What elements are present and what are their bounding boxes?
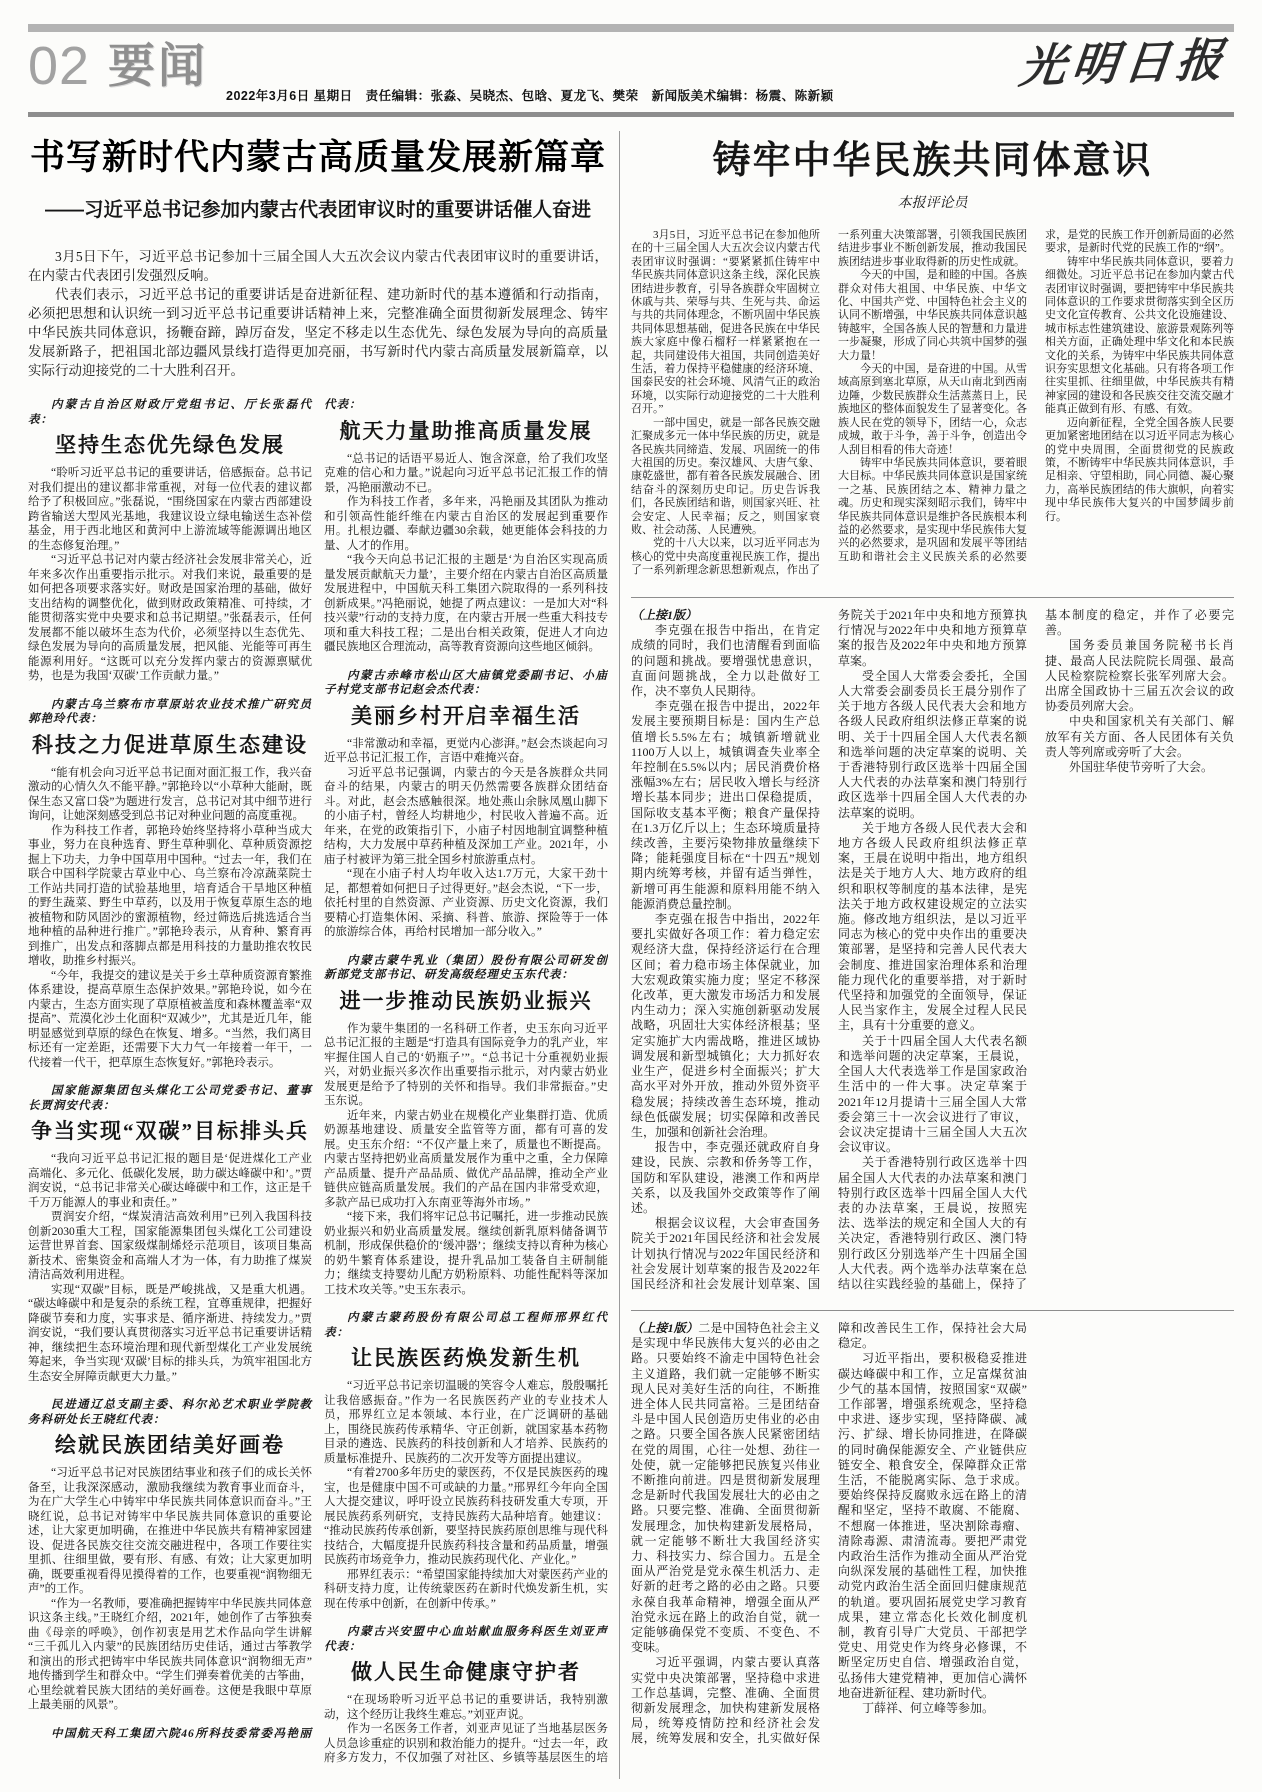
- jump-first-paragraph: （上接1版）二是中国特色社会主义是实现中华民族伟大复兴的必由之路。只要始终不渝走…: [631, 1321, 820, 1655]
- article-headline: 美丽乡村开启幸福生活: [324, 703, 608, 729]
- paragraph: 一部中国史，就是一部各民族交融汇聚成多元一体中华民族的历史，就是各民族共同缔造、…: [631, 417, 820, 538]
- article-body: “习近平总书记亲切温暖的笑容令人难忘，殷殷嘱托让我倍感振奋。”作为一名民族医药产…: [324, 1379, 608, 1611]
- paragraph: 关于十四届全国人大代表名额和选举问题的决定草案，王晨说，全国人大代表选举工作是国…: [838, 1034, 1027, 1156]
- paragraph: 近年来，内蒙古奶业在规模化产业集群打造、优质奶源基地建设、质量安全监管等方面，都…: [324, 1109, 608, 1211]
- article-dairy-industry: 内蒙古蒙牛乳业（集团）股份有限公司研发创新部党支部书记、研发高级经理史玉东代表：…: [324, 954, 608, 1298]
- paragraph: “聆听习近平总书记的重要讲话，倍感振奋。总书记对我们提出的建议都非常重视，对每一…: [28, 466, 312, 553]
- paragraph: 邢界红表示：“希望国家能持续加大对蒙医药产业的科研支持力度，让传统蒙医药在新时代…: [324, 1568, 608, 1612]
- article-dual-carbon: 国家能源集团包头煤化工公司党委书记、董事长贾润安代表： 争当实现“双碳”目标排头…: [28, 1084, 312, 1384]
- paragraph: “有着2700多年历史的蒙医药，不仅是民族医药的瑰宝，也是健康中国不可或缺的力量…: [324, 1466, 608, 1568]
- paragraph: “在现场聆听习近平总书记的重要讲话，我特别激动，这个经历让我终生难忘。”刘亚声说…: [324, 1693, 608, 1722]
- header-row: 02 要闻 2022年3月6日 星期日 责任编辑：张淼、吴晓杰、包晗、夏龙飞、樊…: [28, 32, 1234, 108]
- commentary-byline: 本报评论员: [631, 195, 1234, 213]
- jump-first-text: 二是中国特色社会主义是实现中华民族伟大复兴的必由之路。只要始终不渝走中国特色社会…: [631, 1321, 820, 1654]
- article-kicker: 民进通辽总支副主委、科尔沁艺术职业学院教务科研处长王晓红代表：: [28, 1398, 312, 1427]
- article-headline: 航天力量助推高质量发展: [324, 418, 608, 444]
- paragraph: 习近平指出，要积极稳妥推进碳达峰碳中和工作，立足富煤贫油少气的基本国情，按照国家…: [838, 1351, 1027, 1701]
- lead-story-headline: 书写新时代内蒙古高质量发展新篇章: [28, 135, 608, 181]
- article-kicker: 内蒙古兴安盟中心血站献血服务科医生刘亚声代表：: [324, 1625, 608, 1654]
- jump-article-npc-session: （上接1版） 李克强在报告中指出，在肯定成绩的同时，我们也清醒看到面临的问题和挑…: [631, 608, 1234, 1300]
- jump-article-body: 李克强在报告中指出，在肯定成绩的同时，我们也清醒看到面临的问题和挑战。要增强忧患…: [631, 608, 1234, 1300]
- paragraph: 报告中，李克强还就政府自身建设，民族、宗教和侨务等工作，国防和军队建设，港澳工作…: [631, 1140, 820, 1216]
- top-bar: [28, 24, 1234, 32]
- commentary-headline: 铸牢中华民族共同体意识: [631, 137, 1234, 185]
- paragraph: 国务委员兼国务院秘书长肖捷、最高人民法院院长周强、最高人民检察院检察长张军列席大…: [1045, 638, 1234, 714]
- paragraph: 外国驻华使节旁听了大会。: [1045, 760, 1234, 775]
- paragraph: 李克强在报告中指出，2022年要扎实做好各项工作：着力稳定宏观经济大盘，保持经济…: [631, 912, 820, 1140]
- paragraph: 丁薛祥、何立峰等参加。: [838, 1701, 1027, 1716]
- article-body: “总书记的话语平易近人、饱含深意，给了我们攻坚克难的信心和力量。”说起向习近平总…: [324, 452, 608, 655]
- article-headline: 科技之力促进草原生态建设: [28, 732, 312, 758]
- article-body: “我向习近平总书记汇报的题目是‘促进煤化工产业高端化、多元化、低碳化发展，助力碳…: [28, 1152, 312, 1384]
- page-header: 02 要闻 2022年3月6日 星期日 责任编辑：张淼、吴晓杰、包晗、夏龙飞、樊…: [0, 24, 1262, 117]
- paragraph: 作为科技工作者，多年来，冯艳丽及其团队为推动和引领高性能纤维在内蒙古自治区的发展…: [324, 495, 608, 553]
- paragraph: 习近平总书记强调，内蒙古的今天是各族群众共同奋斗的结果，内蒙古的明天仍然需要各族…: [324, 766, 608, 868]
- lead-story-subhead: ——习近平总书记参加内蒙古代表团审议时的重要讲话催人奋进: [28, 197, 608, 223]
- article-headline: 做人民生命健康守护者: [324, 1659, 608, 1685]
- page-number: 02: [28, 38, 90, 94]
- paragraph: 迈向新征程，全党全国各族人民要更加紧密地团结在以习近平同志为核心的党中央周围，全…: [1045, 417, 1234, 524]
- paragraph: 贾润安介绍，“煤炭清洁高效利用”已列入我国科技创新2030重大工程，国家能源集团…: [28, 1210, 312, 1283]
- vertical-divider: [619, 131, 620, 1779]
- paragraph: “今年，我提交的建议是关于乡土草种质资源育繁推体系建设，提高草原生态保护效果。”…: [28, 969, 312, 1071]
- article-body: 作为蒙牛集团的一名科研工作者，史玉东向习近平总书记汇报的主题是“打造具有国际竞争…: [324, 1022, 608, 1298]
- paragraph: 铸牢中华民族共同体意识，要着力细微处。习近平总书记在参加内蒙古代表团审议时强调，…: [1045, 256, 1234, 417]
- paragraph: 受全国人大常委会委托，全国人大常委会副委员长王晨分别作了关于地方各级人民代表大会…: [838, 669, 1027, 821]
- article-ethnic-medicine: 内蒙古蒙药股份有限公司总工程师邢界红代表： 让民族医药焕发新生机 “习近平总书记…: [324, 1311, 608, 1611]
- paragraph: “习近平总书记亲切温暖的笑容令人难忘，殷殷嘱托让我倍感振奋。”作为一名民族医药产…: [324, 1379, 608, 1466]
- article-kicker: 国家能源集团包头煤化工公司党委书记、董事长贾润安代表：: [28, 1084, 312, 1113]
- horizontal-rule: [631, 597, 1234, 598]
- commentary-article: 铸牢中华民族共同体意识 本报评论员 3月5日，习近平总书记在参加他所在的十三届全…: [631, 137, 1234, 587]
- section-title: 要闻: [108, 40, 208, 92]
- paragraph: “我向习近平总书记汇报的题目是‘促进煤化工产业高端化、多元化、低碳化发展，助力碳…: [28, 1152, 312, 1210]
- article-headline: 争当实现“双碳”目标排头兵: [28, 1118, 312, 1144]
- paragraph: “我今天向总书记汇报的主题是‘为自治区实现高质量发展贡献航天力量’，主要介绍在内…: [324, 553, 608, 655]
- right-section: 铸牢中华民族共同体意识 本报评论员 3月5日，习近平总书记在参加他所在的十三届全…: [631, 127, 1234, 1789]
- article-body: “能有机会向习近平总书记面对面汇报工作，我兴奋激动的心情久久不能平静。”郭艳玲以…: [28, 766, 312, 1071]
- paragraph: “作为一名教师，要准确把握铸牢中华民族共同体意识这条主线。”王晓红介绍，2021…: [28, 1597, 312, 1713]
- article-kicker: 内蒙古乌兰察布市草原站农业技术推广研究员郭艳玲代表：: [28, 698, 312, 727]
- article-headline: 绘就民族团结美好画卷: [28, 1432, 312, 1458]
- paragraph: “习近平总书记对民族团结事业和孩子们的成长关怀备至，让我深深感动，激励我继续为教…: [28, 1466, 312, 1597]
- article-kicker: 内蒙古蒙牛乳业（集团）股份有限公司研发创新部党支部书记、研发高级经理史玉东代表：: [324, 954, 608, 983]
- paragraph: 今天的中国，是和睦的中国。各族群众对伟大祖国、中华民族、中华文化、中国共产党、中…: [838, 269, 1027, 363]
- newspaper-page: { "page": { "number": "02", "section": "…: [0, 0, 1262, 1792]
- paragraph: 今天的中国，是奋进的中国。从雪域高原到塞北草原，从天山南北到西南边陲，少数民族群…: [838, 363, 1027, 457]
- article-body: “习近平总书记对民族团结事业和孩子们的成长关怀备至，让我深深感动，激励我继续为教…: [28, 1466, 312, 1713]
- paragraph: “习近平总书记对内蒙古经济社会发展非常关心，近年来多次作出重要指示批示。对我们来…: [28, 553, 312, 684]
- paragraph: “能有机会向习近平总书记面对面汇报工作，我兴奋激动的心情久久不能平静。”郭艳玲以…: [28, 766, 312, 824]
- paragraph: 李克强在报告中提出，2022年发展主要预期目标是：国内生产总值增长5.5%左右；…: [631, 699, 820, 912]
- paragraph: “非常激动和幸福，更觉内心澎湃。”赵会杰谈起向习近平总书记汇报工作，言语中难掩兴…: [324, 737, 608, 766]
- lead-story-section: 书写新时代内蒙古高质量发展新篇章 ——习近平总书记参加内蒙古代表团审议时的重要讲…: [28, 127, 608, 1789]
- article-body: “非常激动和幸福，更觉内心澎湃。”赵会杰谈起向习近平总书记汇报工作，言语中难掩兴…: [324, 737, 608, 940]
- article-kicker: 内蒙古赤峰市松山区大庙镇党委副书记、小庙子村党支部书记赵会杰代表：: [324, 669, 608, 698]
- jump-article-deliberation: （上接1版）二是中国特色社会主义是实现中华民族伟大复兴的必由之路。只要始终不渝走…: [631, 1321, 1234, 1773]
- paragraph: 作为蒙牛集团的一名科研工作者，史玉东向习近平总书记汇报的主题是“打造具有国际竞争…: [324, 1022, 608, 1109]
- paragraph: “接下来，我们将牢记总书记嘱托，进一步推动民族奶业振兴和奶业高质量发展。继续创新…: [324, 1210, 608, 1297]
- article-body: “聆听习近平总书记的重要讲话，倍感振奋。总书记对我们提出的建议都非常重视，对每一…: [28, 466, 312, 684]
- masthead-logo: 光明日报: [1016, 30, 1231, 97]
- article-kicker: 内蒙古自治区财政厅党组书记、厅长张磊代表：: [28, 398, 312, 427]
- article-kicker: 内蒙古蒙药股份有限公司总工程师邢界红代表：: [324, 1311, 608, 1340]
- paragraph: “总书记的话语平易近人、饱含深意，给了我们攻坚克难的信心和力量。”说起向习近平总…: [324, 452, 608, 496]
- paragraph: 李克强在报告中指出，在肯定成绩的同时，我们也清醒看到面临的问题和挑战。要增强忧患…: [631, 623, 820, 699]
- paragraph: 实现“双碳”目标，既是严峻挑战，又是重大机遇。“碳达峰碳中和是复杂的系统工程，宜…: [28, 1283, 312, 1385]
- paragraph: 关于地方各级人民代表大会和地方各级人民政府组织法修正草案，王晨在说明中指出，地方…: [838, 821, 1027, 1034]
- paragraph: 代表们表示，习近平总书记的重要讲话是奋进新征程、建功新时代的基本遵循和行动指南，…: [28, 285, 608, 380]
- paragraph: 3月5日，习近平总书记在参加他所在的十三届全国人大五次会议内蒙古代表团审议时强调…: [631, 229, 820, 417]
- horizontal-rule: [631, 1310, 1234, 1311]
- lead-paragraphs: 3月5日下午，习近平总书记参加十三届全国人大五次会议内蒙古代表团审议时的重要讲话…: [28, 247, 608, 380]
- paragraph: “现在小庙子村人均年收入达1.7万元，大家干劲十足，都想着如何把日子过得更好。”…: [324, 867, 608, 940]
- jump-marker: （上接1版）: [631, 608, 820, 623]
- article-headline: 进一步推动民族奶业振兴: [324, 988, 608, 1014]
- article-beautiful-village: 内蒙古赤峰市松山区大庙镇党委副书记、小庙子村党支部书记赵会杰代表： 美丽乡村开启…: [324, 669, 608, 940]
- article-grassland-science: 内蒙古乌兰察布市草原站农业技术推广研究员郭艳玲代表： 科技之力促进草原生态建设 …: [28, 698, 312, 1071]
- article-green-development: 内蒙古自治区财政厅党组书记、厅长张磊代表： 坚持生态优先绿色发展 “聆听习近平总…: [28, 398, 312, 684]
- article-headline: 坚持生态优先绿色发展: [28, 432, 312, 458]
- paragraph: 中央和国家机关有关部门、解放军有关方面、各人民团体有关负责人等列席或旁听了大会。: [1045, 714, 1234, 760]
- jump-marker: （上接1版）: [631, 1321, 698, 1335]
- sub-articles-columns: 内蒙古自治区财政厅党组书记、厅长张磊代表： 坚持生态优先绿色发展 “聆听习近平总…: [28, 398, 608, 1790]
- page-body: 书写新时代内蒙古高质量发展新篇章 ——习近平总书记参加内蒙古代表团审议时的重要讲…: [0, 117, 1262, 1789]
- edition-info: 2022年3月6日 星期日 责任编辑：张淼、吴晓杰、包晗、夏龙飞、樊荣 新闻版美…: [226, 86, 834, 104]
- article-headline: 让民族医药焕发新生机: [324, 1345, 608, 1371]
- commentary-body: 3月5日，习近平总书记在参加他所在的十三届全国人大五次会议内蒙古代表团审议时强调…: [631, 229, 1234, 587]
- paragraph: 3月5日下午，习近平总书记参加十三届全国人大五次会议内蒙古代表团审议时的重要讲话…: [28, 247, 608, 285]
- article-ethnic-unity: 民进通辽总支副主委、科尔沁艺术职业学院教务科研处长王晓红代表： 绘就民族团结美好…: [28, 1398, 312, 1713]
- paragraph: 作为科技工作者，郭艳玲始终坚持将小草种当成大事业，努力在良种选育、野生草种驯化、…: [28, 824, 312, 969]
